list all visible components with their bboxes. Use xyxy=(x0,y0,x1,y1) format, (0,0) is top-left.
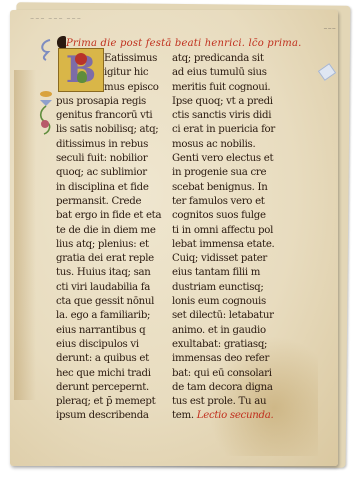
text-line: atq; predicanda sit xyxy=(172,52,275,66)
text-line: ci erat in puericia for xyxy=(172,123,275,137)
edge-stain xyxy=(14,70,36,400)
text-line: ipsum describenda xyxy=(56,409,161,423)
text-line: igitur hic xyxy=(56,66,161,80)
text-line: ter famulos vero et xyxy=(172,195,275,209)
text-line: bat: qui eū consolari xyxy=(172,367,275,381)
text-line: hec que michi tradi xyxy=(56,367,161,381)
text-line: ctis sanctis viris didi xyxy=(172,109,275,123)
text-line: ditissimus in rebus xyxy=(56,138,161,152)
text-line: mosus ac nobilis. xyxy=(172,138,275,152)
text-line: meritis fuit cognoui. xyxy=(172,81,275,95)
text-line: de tam decora digna xyxy=(172,381,275,395)
text-line: eius narrantibus q xyxy=(56,324,161,338)
text-line: eius discipulos vi xyxy=(56,338,161,352)
text-line: cti viri laudabilia fa xyxy=(56,281,161,295)
text-line: cta que gessit nōnul xyxy=(56,295,161,309)
text-line: mus episco xyxy=(56,81,161,95)
text-line: Eatissimus xyxy=(56,52,161,66)
text-line: scebat benignus. In xyxy=(172,181,275,195)
text-line: ti in omni affectu pol xyxy=(172,224,275,238)
text-column-right: atq; predicanda sit ad eius tumulū sius … xyxy=(172,52,275,424)
text-line: seculi fuit: nobilior xyxy=(56,152,161,166)
text-line: Ipse quoq; vt a predi xyxy=(172,95,275,109)
pencil-annotation: ~~~ ~~~ ~~~ xyxy=(30,16,82,22)
text-line: pus prosapia regis xyxy=(56,95,161,109)
text-line: derunt: a quibus et xyxy=(56,352,161,366)
text-line-end: tem. xyxy=(172,410,194,421)
text-line: te de die in diem me xyxy=(56,224,161,238)
text-line: Cuiq; vidisset pater xyxy=(172,252,275,266)
text-line: gratia dei erat reple xyxy=(56,252,161,266)
closing-rubric: Lectio secunda. xyxy=(197,410,274,421)
pencil-folio-mark: ~~~ xyxy=(323,26,336,32)
text-line: in disciplina et fide xyxy=(56,181,161,195)
text-line: Genti vero electus et xyxy=(172,152,275,166)
text-line: lis satis nobilisq; atq; xyxy=(56,123,161,137)
text-line: exultabat: gratiasq; xyxy=(172,338,275,352)
marginal-flourish-icon xyxy=(36,38,58,138)
text-column-left: Eatissimus igitur hic mus episco pus pro… xyxy=(56,52,161,424)
text-line: quoq; ac sublimior xyxy=(56,166,161,180)
text-line: bat ergo in fide et eta xyxy=(56,209,161,223)
text-line: lonis eum cognouis xyxy=(172,295,275,309)
text-line: genitus francorū vti xyxy=(56,109,161,123)
text-line: la. ego a familiarib; xyxy=(56,309,161,323)
text-line: lius atq; plenius: et xyxy=(56,238,161,252)
text-line: dustriam eunctisq; xyxy=(172,281,275,295)
text-line: cognitos suos fulge xyxy=(172,209,275,223)
text-line: pleraq; et p̄ memept xyxy=(56,395,161,409)
text-line: in progenie sua cre xyxy=(172,166,275,180)
text-line: eius tantam filii m xyxy=(172,266,275,280)
text-line: permansit. Crede xyxy=(56,195,161,209)
text-line: tus est prole. Tu au xyxy=(172,395,275,409)
text-line: ad eius tumulū sius xyxy=(172,66,275,80)
text-line: set dilectū: letabatur xyxy=(172,309,275,323)
text-line: lebat immensa etate. xyxy=(172,238,275,252)
text-line: immensas deo refer xyxy=(172,352,275,366)
text-line: animo. et in gaudio xyxy=(172,324,275,338)
text-line: tus. Huius itaq; san xyxy=(56,266,161,280)
text-line: derunt percepernt. xyxy=(56,381,161,395)
text-line: tem. Lectio secunda. xyxy=(172,409,275,423)
